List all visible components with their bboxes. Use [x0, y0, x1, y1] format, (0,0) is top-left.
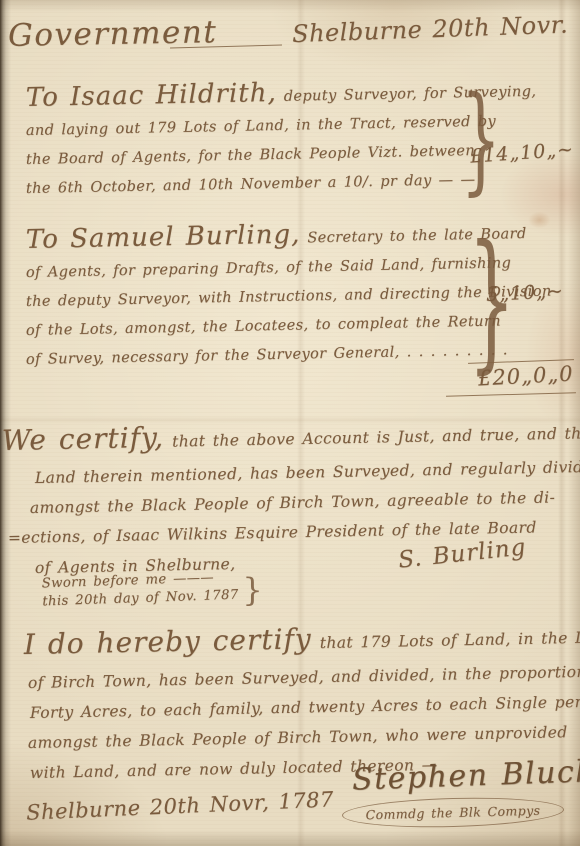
- sworn-lines: Sworn before me ——— this 20th day of Nov…: [41, 569, 239, 612]
- total-rule-bottom: [446, 392, 576, 396]
- entry-amount: 5„10„~: [485, 280, 564, 306]
- cert-lead: I do hereby certify: [24, 622, 312, 661]
- entry-brace: }: [461, 84, 502, 196]
- cert-lead: We certify,: [2, 421, 165, 457]
- payee-name: To Isaac Hildrith,: [26, 78, 277, 113]
- blucke-signature-title: Commdg the Blk Compys: [342, 795, 565, 830]
- payee-name: To Samuel Burling,: [26, 219, 301, 255]
- account-entry-burling: To Samuel Burling,Secretary to the late …: [26, 226, 466, 375]
- account-total: £20„0„0: [477, 362, 574, 391]
- manuscript-page: Government Shelburne 20th Novr. 1787 To …: [0, 0, 580, 846]
- account-entry-hildrith: To Isaac Hildrith,deputy Surveyor, for S…: [26, 84, 466, 204]
- cert-text: that the above Account is Just, and true…: [172, 423, 580, 450]
- header-place-date: Shelburne 20th Novr. 1787: [292, 8, 580, 48]
- sworn-brace: }: [242, 571, 262, 609]
- footer-place-date: Shelburne 20th Novr, 1787: [26, 787, 335, 824]
- sworn-statement: Sworn before me ——— this 20th day of Nov…: [42, 571, 263, 609]
- cert-text: that 179 Lots of Land, in the District: [320, 628, 580, 652]
